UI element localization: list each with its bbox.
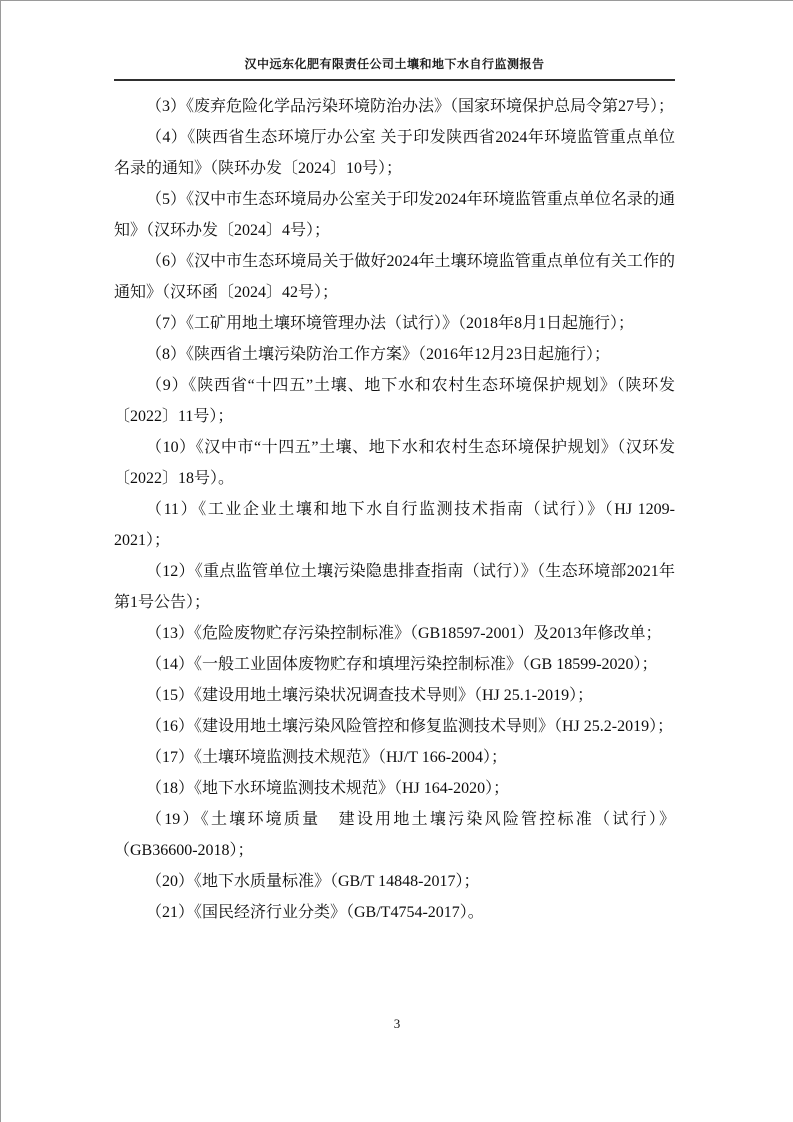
- list-item: （11）《工业企业土壤和地下水自行监测技术指南（试行）》（HJ 1209-202…: [114, 494, 675, 556]
- list-item: （21）《国民经济行业分类》（GB/T4754-2017）。: [114, 897, 675, 928]
- list-item: （16）《建设用地土壤污染风险管控和修复监测技术导则》（HJ 25.2-2019…: [114, 711, 675, 742]
- page-number: 3: [394, 1016, 401, 1031]
- list-item: （9）《陕西省“十四五”土壤、地下水和农村生态环境保护规划》（陕环发〔2022〕…: [114, 370, 675, 432]
- list-item: （19）《土壤环境质量 建设用地土壤污染风险管控标准（试行）》（GB36600-…: [114, 804, 675, 866]
- page-header: 汉中远东化肥有限责任公司土壤和地下水自行监测报告: [114, 55, 675, 81]
- list-item: （14）《一般工业固体废物贮存和填埋污染控制标准》（GB 18599-2020）…: [114, 649, 675, 680]
- list-item: （12）《重点监管单位土壤污染隐患排查指南（试行）》（生态环境部2021年第1号…: [114, 556, 675, 618]
- list-item: （10）《汉中市“十四五”土壤、地下水和农村生态环境保护规划》（汉环发〔2022…: [114, 432, 675, 494]
- report-title: 汉中远东化肥有限责任公司土壤和地下水自行监测报告: [244, 57, 544, 71]
- list-item: （13）《危险废物贮存污染控制标准》（GB18597-2001）及2013年修改…: [114, 618, 675, 649]
- list-item: （6）《汉中市生态环境局关于做好2024年土壤环境监管重点单位有关工作的通知》（…: [114, 246, 675, 308]
- list-item: （7）《工矿用地土壤环境管理办法（试行）》（2018年8月1日起施行）；: [114, 308, 675, 339]
- list-item: （20）《地下水质量标准》（GB/T 14848-2017）；: [114, 866, 675, 897]
- list-item: （8）《陕西省土壤污染防治工作方案》（2016年12月23日起施行）；: [114, 339, 675, 370]
- list-item: （4）《陕西省生态环境厅办公室 关于印发陕西省2024年环境监管重点单位名录的通…: [114, 122, 675, 184]
- document-page: 汉中远东化肥有限责任公司土壤和地下水自行监测报告 （3）《废弃危险化学品污染环境…: [0, 0, 793, 1122]
- list-item: （15）《建设用地土壤污染状况调查技术导则》（HJ 25.1-2019）；: [114, 680, 675, 711]
- list-item: （18）《地下水环境监测技术规范》（HJ 164-2020）；: [114, 773, 675, 804]
- page-footer: 3: [1, 1016, 793, 1032]
- list-item: （3）《废弃危险化学品污染环境防治办法》（国家环境保护总局令第27号）；: [114, 91, 675, 122]
- list-item: （5）《汉中市生态环境局办公室关于印发2024年环境监管重点单位名录的通知》（汉…: [114, 184, 675, 246]
- reference-list: （3）《废弃危险化学品污染环境防治办法》（国家环境保护总局令第27号）； （4）…: [114, 91, 675, 928]
- list-item: （17）《土壤环境监测技术规范》（HJ/T 166-2004）；: [114, 742, 675, 773]
